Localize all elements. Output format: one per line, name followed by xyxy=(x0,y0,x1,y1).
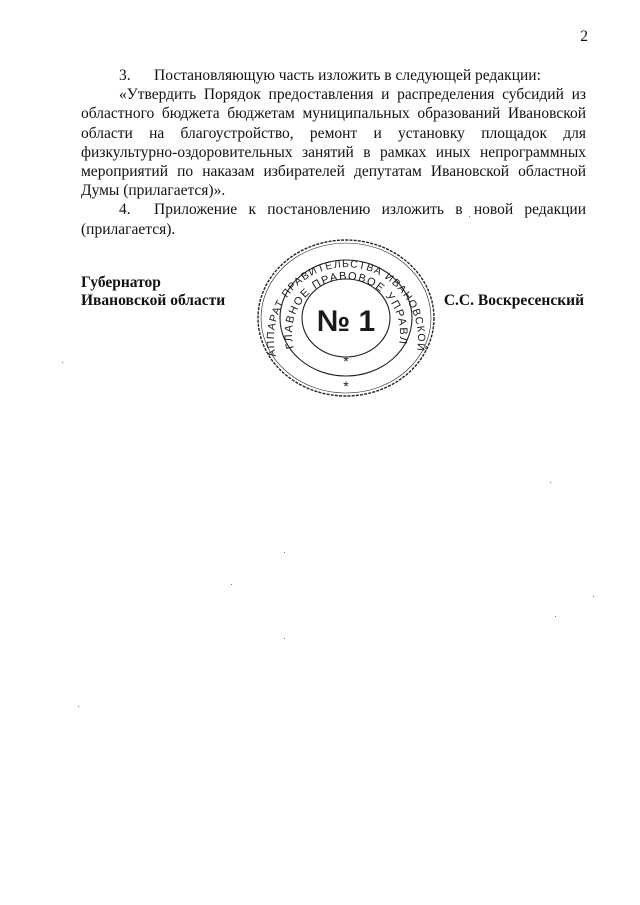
stamp-star-inner: * xyxy=(343,353,349,369)
paragraph-text: «Утвердить Порядок предоставления и расп… xyxy=(81,86,586,199)
scan-speck xyxy=(62,362,63,363)
document-page: 2 3.Постановляющую часть изложить в след… xyxy=(0,0,640,905)
scan-speck xyxy=(284,638,285,639)
paragraph-4: 4.Приложение к постановлению изложить в … xyxy=(81,200,586,238)
paragraph-quote: «Утвердить Порядок предоставления и расп… xyxy=(81,85,586,200)
stamp-star-outer: * xyxy=(343,378,349,394)
scan-speck xyxy=(550,482,551,483)
paragraph-text: Постановляющую часть изложить в следующе… xyxy=(154,67,541,84)
signatory-region: Ивановской области xyxy=(81,292,225,310)
paragraph-number: 4. xyxy=(119,200,154,219)
scan-speck xyxy=(284,552,285,553)
signatory-position: Губернатор Ивановской области xyxy=(81,274,225,310)
paragraph-3: 3.Постановляющую часть изложить в следую… xyxy=(81,66,586,85)
signatory-name: С.С. Воскресенский xyxy=(444,292,584,310)
stamp-center-number: № 1 xyxy=(317,305,375,338)
page-number: 2 xyxy=(580,28,588,46)
scan-speck xyxy=(469,216,470,217)
scan-speck xyxy=(593,596,594,597)
scan-speck xyxy=(231,584,232,585)
paragraph-text: Приложение к постановлению изложить в но… xyxy=(81,201,586,237)
document-body: 3.Постановляющую часть изложить в следую… xyxy=(81,66,586,239)
scan-speck xyxy=(78,706,79,707)
scan-speck xyxy=(555,616,556,617)
signatory-title: Губернатор xyxy=(81,274,225,292)
paragraph-number: 3. xyxy=(119,66,154,85)
official-stamp: АППАРАТ ПРАВИТЕЛЬСТВА ИВАНОВСКОЙ ОБЛАСТИ… xyxy=(254,238,438,398)
stamp-seal-icon: АППАРАТ ПРАВИТЕЛЬСТВА ИВАНОВСКОЙ ОБЛАСТИ… xyxy=(254,238,438,398)
